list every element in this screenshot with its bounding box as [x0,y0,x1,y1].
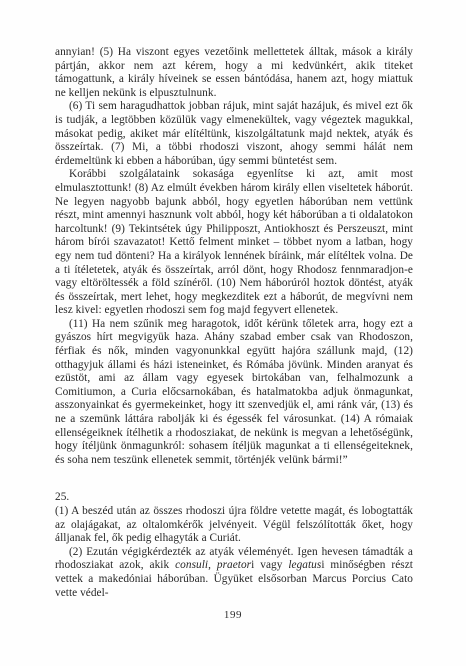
book-page: annyian! (5) Ha viszont egyes vezetőink … [0,0,466,666]
latin-term: praetor [217,559,251,571]
paragraph: (1) A beszéd után az összes rhodoszi újr… [55,505,413,546]
text-segment: (1) A beszéd után az összes rhodoszi újr… [55,505,413,544]
paragraph: (6) Ti sem haragudhattok jobban rájuk, m… [55,100,413,168]
page-number: 199 [0,609,466,621]
text-segment: (11) Ha nem szűnik meg haragotok, időt k… [55,318,413,466]
paragraph: (2) Ezután végigkérdezték az atyák vélem… [55,546,413,600]
latin-term: consuli [175,559,208,571]
text-segment: i vagy [251,559,288,571]
text-segment: , [208,559,217,571]
paragraph: annyian! (5) Ha viszont egyes vezetőink … [55,46,413,100]
latin-term: legatus [288,559,321,571]
section-number-heading: 25. [55,491,413,505]
text-segment: 25. [55,491,69,503]
text-segment: Korábbi szolgálataink sokasága egyenlíts… [55,168,413,316]
text-segment: (6) Ti sem haragudhattok jobban rájuk, m… [55,100,413,166]
paragraph: (11) Ha nem szűnik meg haragotok, időt k… [55,318,413,468]
paragraph: Korábbi szolgálataink sokasága egyenlíts… [55,168,413,318]
text-segment: annyian! (5) Ha viszont egyes vezetőink … [55,46,413,99]
text-block: annyian! (5) Ha viszont egyes vezetőink … [55,46,413,600]
